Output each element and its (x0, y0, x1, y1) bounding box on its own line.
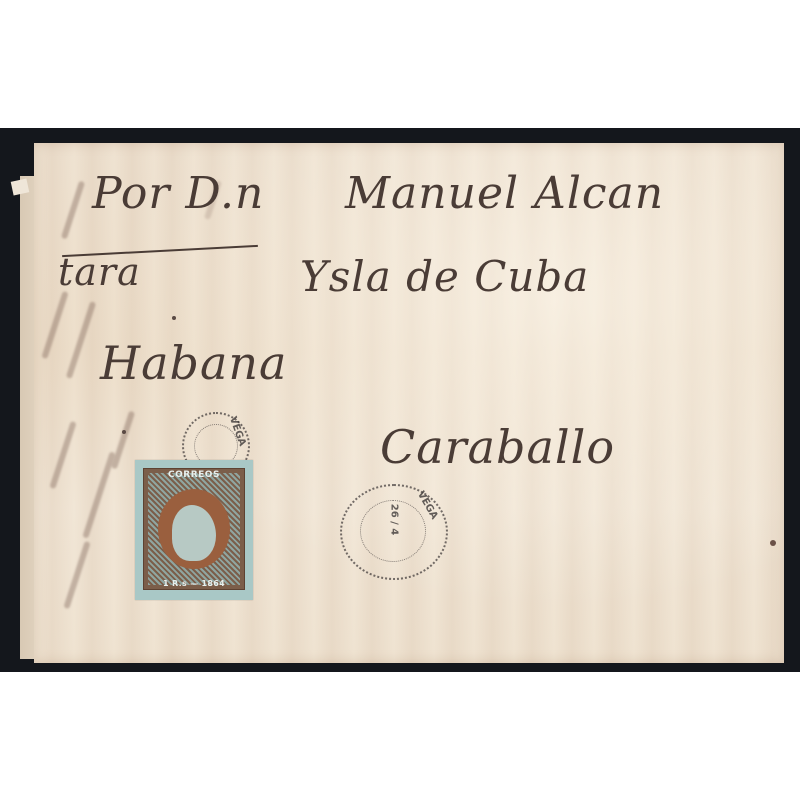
pin-hole (122, 430, 126, 434)
pin-hole (172, 316, 176, 320)
stamp-top-label: CORREOS (154, 470, 234, 480)
address-destination-city: Habana (100, 336, 287, 390)
ink-spot (770, 540, 776, 546)
main-postmark: 26 / 4 VEGA (340, 484, 448, 580)
address-destination-island: Ysla de Cuba (300, 252, 589, 301)
queen-portrait-icon (172, 505, 216, 561)
postage-stamp: CORREOS 1 R.s — 1864 (135, 460, 253, 600)
postmark-date: 26 / 4 (388, 504, 399, 536)
address-salutation: Por D.n (92, 168, 264, 219)
stamp-bottom-label: 1 R.s — 1864 (150, 579, 238, 588)
address-destination-locality: Caraballo (380, 420, 615, 474)
address-name-part-1: Manuel Alcan (345, 168, 664, 219)
address-name-part-2: tara (58, 250, 141, 294)
stamp-portrait-oval (158, 489, 230, 569)
stamp-frame: CORREOS 1 R.s — 1864 (143, 468, 245, 590)
